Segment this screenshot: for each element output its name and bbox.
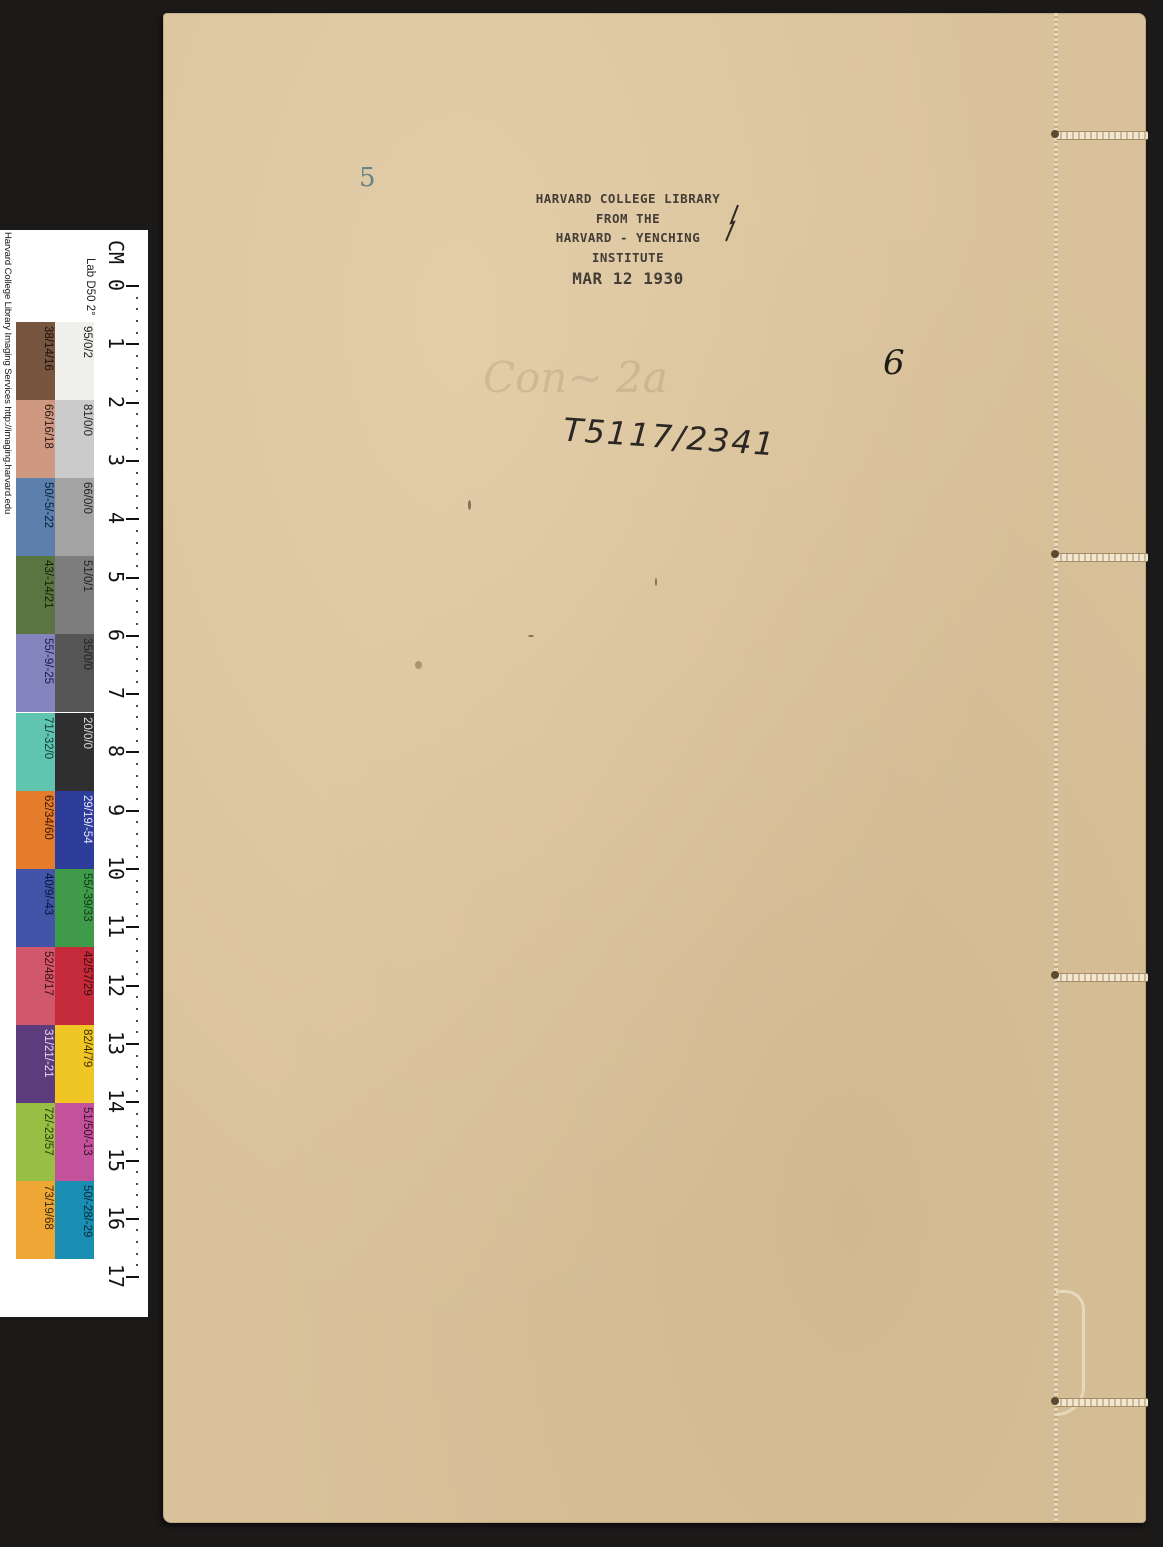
ruler-dot [136,308,138,310]
ruler-dot [136,1136,138,1138]
ruler-dot [136,413,138,415]
color-patch: 66/0/0 [55,478,94,556]
ruler-dot [136,1229,138,1231]
ruler-number: 14 [104,1089,128,1113]
color-patch: 35/0/0 [55,634,94,712]
ruler-dot [136,1148,138,1150]
ruler-number: 4 [104,512,128,524]
ruler-dot [136,378,138,380]
color-patch: 51/50/-13 [55,1103,94,1181]
imaging-credit: Harvard College Library Imaging Services… [2,232,13,514]
ruler-number: 17 [104,1264,128,1288]
color-patch: 51/0/1 [55,556,94,634]
ruler-number: 13 [104,1031,128,1055]
stamp-check-mark-icon [723,203,741,243]
patch-label: 62/34/60 [42,795,54,840]
shelf-number: 5 [359,163,376,193]
patch-label: 40/9/-43 [42,873,54,915]
ruler-dot [136,1171,138,1173]
binding-knot [1051,550,1059,558]
patch-label: 51/50/-13 [81,1107,93,1156]
color-patch: 66/16/18 [16,400,55,478]
ruler-dot [136,1264,138,1266]
ruler-dot [136,611,138,613]
ruler-dot [136,1090,138,1092]
ruler-number: 5 [104,571,128,583]
ruler-dot [136,786,138,788]
patch-label: 50/-5/-22 [42,482,54,528]
color-patch: 95/0/2 [55,322,94,400]
pencil-mark: 6 [883,343,905,383]
ruler-dot [136,1183,138,1185]
color-patch: 31/21/-21 [16,1025,55,1103]
ruler-dot [136,915,138,917]
patch-label: 51/0/1 [81,560,93,592]
ruler-dot [136,1078,138,1080]
patch-label: 52/48/17 [42,951,54,996]
binding-knot [1051,130,1059,138]
ruler-dot [136,670,138,672]
paper-speck [415,661,422,669]
ruler-dot [136,973,138,975]
patch-label: 95/0/2 [81,326,93,358]
ruler-dot [136,950,138,952]
color-patch: 50/-28/-29 [55,1181,94,1259]
color-patch: 42/57/29 [55,947,94,1025]
ruler-dot [136,681,138,683]
color-patch: 52/48/17 [16,947,55,1025]
ruler-dot [136,1113,138,1115]
ruler-dot [136,856,138,858]
call-number: T5117/2341 [562,411,777,464]
binding-knot [1051,971,1059,979]
ruler-unit-label: CM [104,240,128,264]
color-patch: 55/-9/-25 [16,634,55,712]
ruler-number: 8 [104,745,128,757]
ruler-dot [136,530,138,532]
ruler-dot [136,483,138,485]
binding-knot [1051,1397,1059,1405]
patch-label: 82/4/79 [81,1029,93,1067]
ruler-number: 7 [104,687,128,699]
paper-speck [655,578,657,586]
ruler-dot [136,495,138,497]
ruler-dot [136,1020,138,1022]
ruler-dot [136,320,138,322]
binding-cord-1 [1056,131,1148,140]
color-patch: 82/4/79 [55,1025,94,1103]
patch-label: 72/-23/57 [42,1107,54,1156]
patch-label: 73/19/68 [42,1185,54,1230]
ruler-dot [136,833,138,835]
faded-inscription: Con~ 2a [483,353,668,402]
ruler-number: 10 [104,856,128,880]
ruler-dot [136,798,138,800]
ruler-dot [136,425,138,427]
ruler-dot [136,938,138,940]
ruler-dot [136,507,138,509]
patch-label: 71/-32/0 [42,717,54,759]
ruler-number: 3 [104,454,128,466]
ruler-dot [136,472,138,474]
ruler-dot [136,1206,138,1208]
color-patch: 40/9/-43 [16,869,55,947]
patch-label: 31/21/-21 [42,1029,54,1078]
color-calibration-target: Harvard College Library Imaging Services… [0,230,148,1317]
color-patch: 62/34/60 [16,791,55,869]
color-patch: 55/-39/33 [55,869,94,947]
ruler-dot [136,600,138,602]
ruler-dot [136,437,138,439]
ruler-dot [136,1194,138,1196]
stamp-date: MAR 12 1930 [493,269,763,289]
ruler-dot [136,553,138,555]
patch-label: 38/14/16 [42,326,54,371]
binding-cord-3 [1056,973,1148,982]
binding-cord-4 [1056,1398,1148,1407]
ruler-dot [136,565,138,567]
ruler-dot [136,821,138,823]
ruler-dot [136,845,138,847]
ruler-dot [136,1241,138,1243]
patch-label: 81/0/0 [81,404,93,436]
stamp-line-4: INSTITUTE [493,248,763,268]
ruler-number: 1 [104,337,128,349]
ruler-dot [136,332,138,334]
ruler-dot [136,542,138,544]
ruler-dot [136,716,138,718]
ruler-dot [136,1031,138,1033]
binding-cord-2 [1056,553,1148,562]
ruler-dot [136,390,138,392]
ruler-dot [136,1253,138,1255]
color-patch: 73/19/68 [16,1181,55,1259]
ruler-dot [136,763,138,765]
ruler-dot [136,1008,138,1010]
ruler-dot [136,367,138,369]
ruler-dot [136,740,138,742]
color-patch: 20/0/0 [55,713,94,791]
ruler-dot [136,891,138,893]
ruler-dot [136,658,138,660]
patch-label: 20/0/0 [81,717,93,749]
color-patch: 50/-5/-22 [16,478,55,556]
ruler-dot [136,297,138,299]
ruler-dot [136,728,138,730]
ruler-number: 6 [104,629,128,641]
ruler-dot [136,1125,138,1127]
color-patch: 72/-23/57 [16,1103,55,1181]
lab-illuminant-label: Lab D50 2° [84,258,96,316]
color-patch: 43/-14/21 [16,556,55,634]
ruler-number: 9 [104,804,128,816]
color-patch: 71/-32/0 [16,713,55,791]
patch-label: 35/0/0 [81,638,93,670]
color-patch: 29/19/-54 [55,791,94,869]
color-patch: 81/0/0 [55,400,94,478]
ruler-number: 0 [104,279,128,291]
ruler-dot [136,355,138,357]
ruler-number: 16 [104,1206,128,1230]
ruler-dot [136,448,138,450]
patch-label: 55/-39/33 [81,873,93,922]
ruler-dot [136,996,138,998]
ruler-dot [136,588,138,590]
patch-label: 66/0/0 [81,482,93,514]
ruler-dot [136,775,138,777]
patch-label: 66/16/18 [42,404,54,449]
ruler-dot [136,903,138,905]
ruler-dot [136,961,138,963]
patch-label: 50/-28/-29 [81,1185,93,1237]
patch-label: 55/-9/-25 [42,638,54,684]
ruler-dot [136,1055,138,1057]
paper-speck [528,635,534,637]
ruler-number: 11 [104,914,128,938]
patch-label: 43/-14/21 [42,560,54,609]
ruler-dot [136,880,138,882]
patch-label: 29/19/-54 [81,795,93,844]
ruler-dot [136,1066,138,1068]
ruler-dot [136,705,138,707]
ruler-dot [136,646,138,648]
ruler-dot [136,623,138,625]
patch-label: 42/57/29 [81,951,93,996]
ruler-number: 2 [104,396,128,408]
color-patch: 38/14/16 [16,322,55,400]
ruler-number: 15 [104,1148,128,1172]
paper-speck [468,500,471,510]
ruler-number: 12 [104,973,128,997]
book-cover: Con~ 2a 5 HARVARD COLLEGE LIBRARY FROM T… [163,13,1146,1523]
